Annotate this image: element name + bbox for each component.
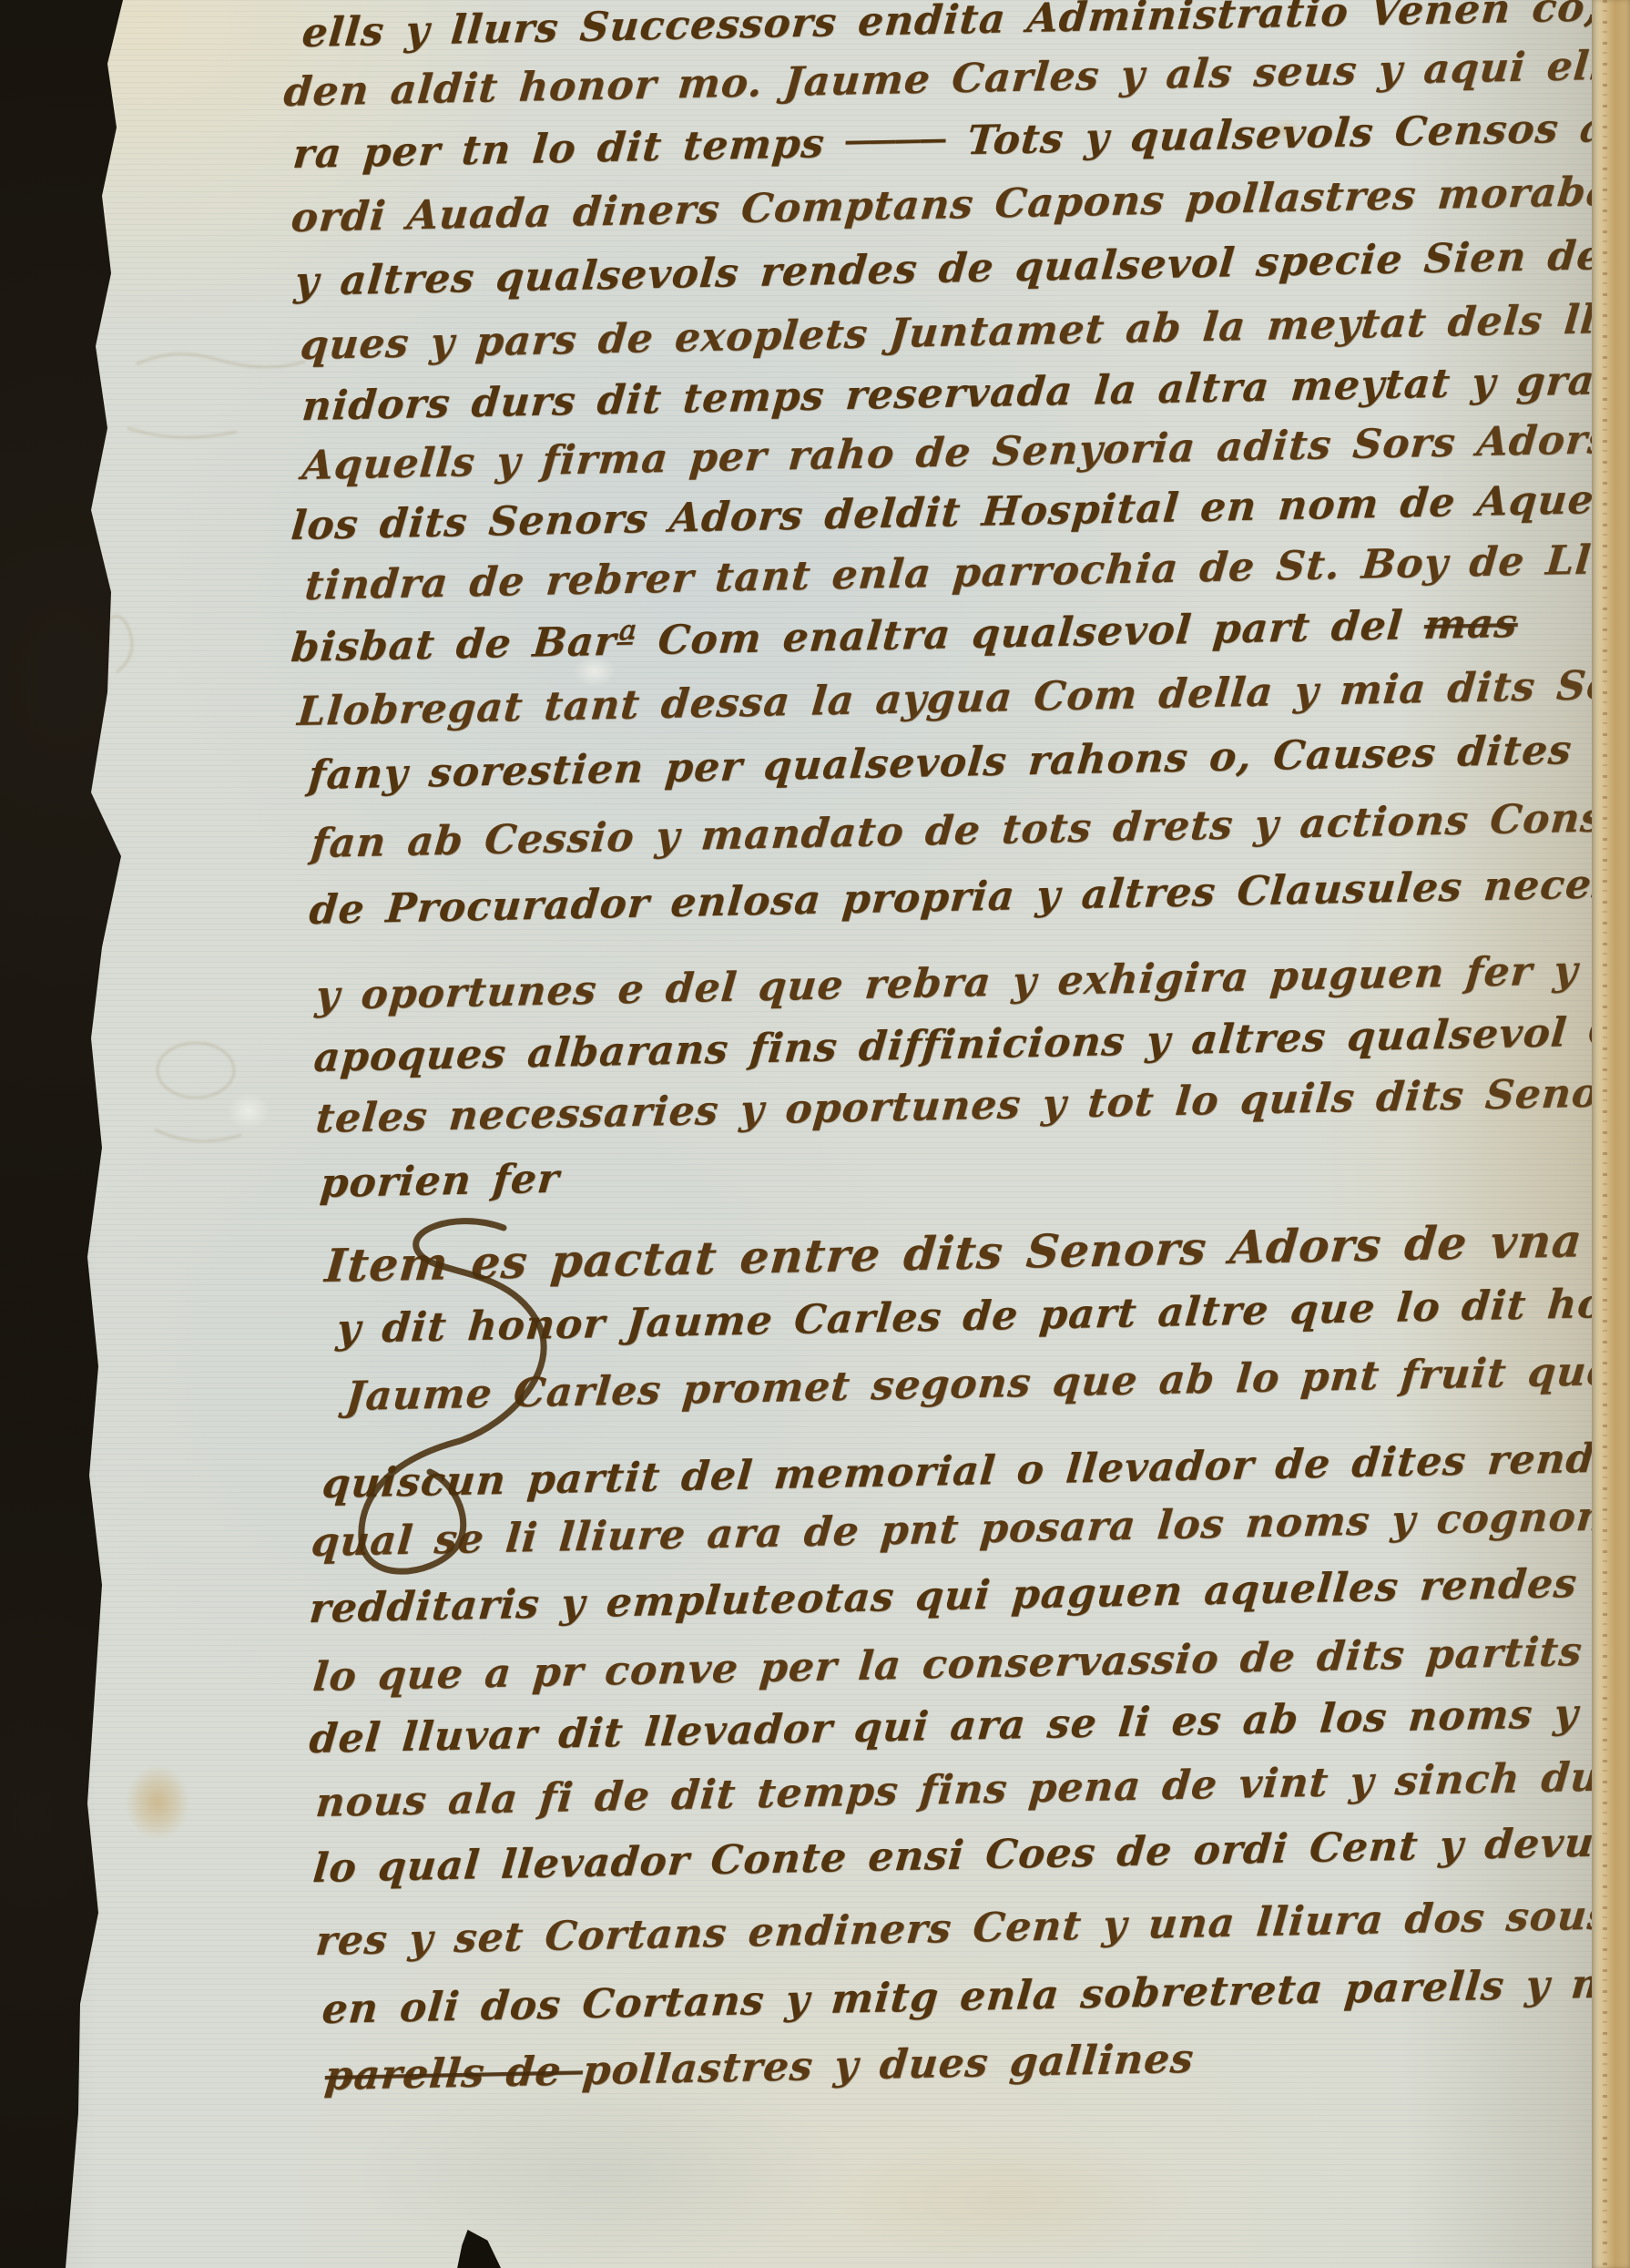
text-segment: y altres qualsevols rendes de qualsevol …	[293, 229, 1630, 305]
text-line: apoques albarans fins diffinicions y alt…	[312, 1011, 1630, 1078]
text-line: de Procurador enlosa propria y altres Cl…	[308, 862, 1630, 931]
text-line: den aldit honor mo. Jaume Carles y als s…	[282, 44, 1630, 113]
text-segment: y oportunes e del que rebra y exhigira p…	[314, 944, 1630, 1019]
text-line: del lluvar dit llevador qui ara se li es…	[308, 1690, 1630, 1760]
text-line: ques y pars de exoplets Juntamet ab la m…	[299, 295, 1630, 366]
text-line: bisbat de Barª Com enaltra qualsevol par…	[290, 604, 1520, 669]
text-line: fany sorestien per qualsevols rahons o, …	[307, 728, 1630, 796]
text-line: y altres qualsevols rendes de qualsevol …	[293, 232, 1630, 302]
text-segment: del lluvar dit llevador qui ara se li es…	[308, 1686, 1630, 1762]
text-segment: nidors durs dit temps reservada la altra…	[301, 354, 1630, 430]
struck-out-text: parells de	[323, 2048, 585, 2099]
text-segment: y dit honor Jaume Carles de part altre q…	[335, 1279, 1630, 1353]
text-line: parells de pollastres y dues gallines	[323, 2039, 1196, 2097]
text-line: fan ab Cessio y mandato de tots drets y …	[310, 795, 1630, 864]
text-segment: ra per tn lo dit temps ──── Tots y quals…	[291, 100, 1630, 178]
text-line: y dit honor Jaume Carles de part altre q…	[335, 1282, 1630, 1350]
text-line: Llobregat tant dessa la aygua Com della …	[296, 661, 1630, 732]
struck-out-text: mas	[1422, 600, 1520, 649]
text-segment: nous ala fi de dit temps fins pena de vi…	[314, 1752, 1630, 1826]
handwritten-text-block: ells y llurs Successors endita Administr…	[0, 0, 1630, 2268]
text-segment: pollastres y dues gallines	[581, 2036, 1197, 2095]
fore-edge-speckles	[1603, 0, 1607, 2268]
text-line: tindra de rebrer tant enla parrochia de …	[303, 537, 1630, 607]
text-line: Jaume Carles promet segons que ab lo pnt…	[344, 1350, 1630, 1417]
text-segment: bisbat de Barª Com enaltra qualsevol par…	[290, 602, 1426, 671]
text-line: quiscun partit del memorial o llevador d…	[321, 1436, 1630, 1505]
text-line: res y set Cortans endiners Cent y una ll…	[314, 1892, 1630, 1962]
text-line: en oli dos Cortans y mitg enla sobretret…	[321, 1961, 1630, 2030]
text-line: teles necessaries y oportunes y tot lo q…	[314, 1069, 1630, 1139]
text-line: Item es pactat entre dits Senors Adors d…	[323, 1215, 1630, 1289]
text-segment: fany sorestien per qualsevols rahons o, …	[307, 724, 1630, 799]
text-line: ordi Auada diners Comptans Capons pollas…	[290, 170, 1630, 239]
text-segment: porien fer	[319, 1156, 562, 1207]
text-segment: teles necessaries y oportunes y tot lo q…	[314, 1066, 1630, 1142]
text-segment: Item es pactat entre dits Senors Adors d…	[323, 1211, 1630, 1292]
text-segment: redditaris y empluteotas qui paguen aque…	[308, 1558, 1630, 1632]
text-line: ra per tn lo dit temps ──── Tots y quals…	[291, 104, 1630, 175]
text-segment: de Procurador enlosa propria y altres Cl…	[308, 858, 1630, 934]
text-segment: en oli dos Cortans y mitg enla sobretret…	[321, 1957, 1630, 2033]
text-segment: Jaume Carles promet segons que ab lo pnt…	[344, 1346, 1630, 1420]
text-line: porien fer	[319, 1160, 561, 1204]
text-line: Aquells y firma per raho de Senyoria adi…	[301, 415, 1630, 486]
book-fore-edge	[1592, 0, 1630, 2268]
text-segment: lo qual llevador Conte ensi Coes de ordi…	[311, 1815, 1630, 1892]
text-line: lo que a pr conve per la conservassio de…	[311, 1629, 1630, 1698]
text-segment: Llobregat tant dessa la aygua Com della …	[296, 658, 1630, 735]
manuscript-page: ells y llurs Successors endita Administr…	[0, 0, 1630, 2268]
text-line: lo qual llevador Conte ensi Coes de ordi…	[311, 1819, 1630, 1889]
text-segment: ques y pars de exoplets Juntamet ab la m…	[299, 291, 1630, 369]
text-segment: ordi Auada diners Comptans Capons pollas…	[290, 167, 1630, 241]
text-line: nidors durs dit temps reservada la altra…	[301, 358, 1630, 427]
text-line: redditaris y empluteotas qui paguen aque…	[308, 1562, 1630, 1629]
text-segment: apoques albarans fins diffinicions y alt…	[312, 1007, 1630, 1081]
text-line: y oportunes e del que rebra y exhigira p…	[314, 947, 1630, 1017]
text-segment: fan ab Cessio y mandato de tots drets y …	[310, 792, 1630, 867]
text-segment: res y set Cortans endiners Cent y una ll…	[314, 1888, 1630, 1965]
text-line: nous ala fi de dit temps fins pena de vi…	[314, 1756, 1630, 1824]
text-segment: lo que a pr conve per la conservassio de…	[311, 1625, 1630, 1701]
